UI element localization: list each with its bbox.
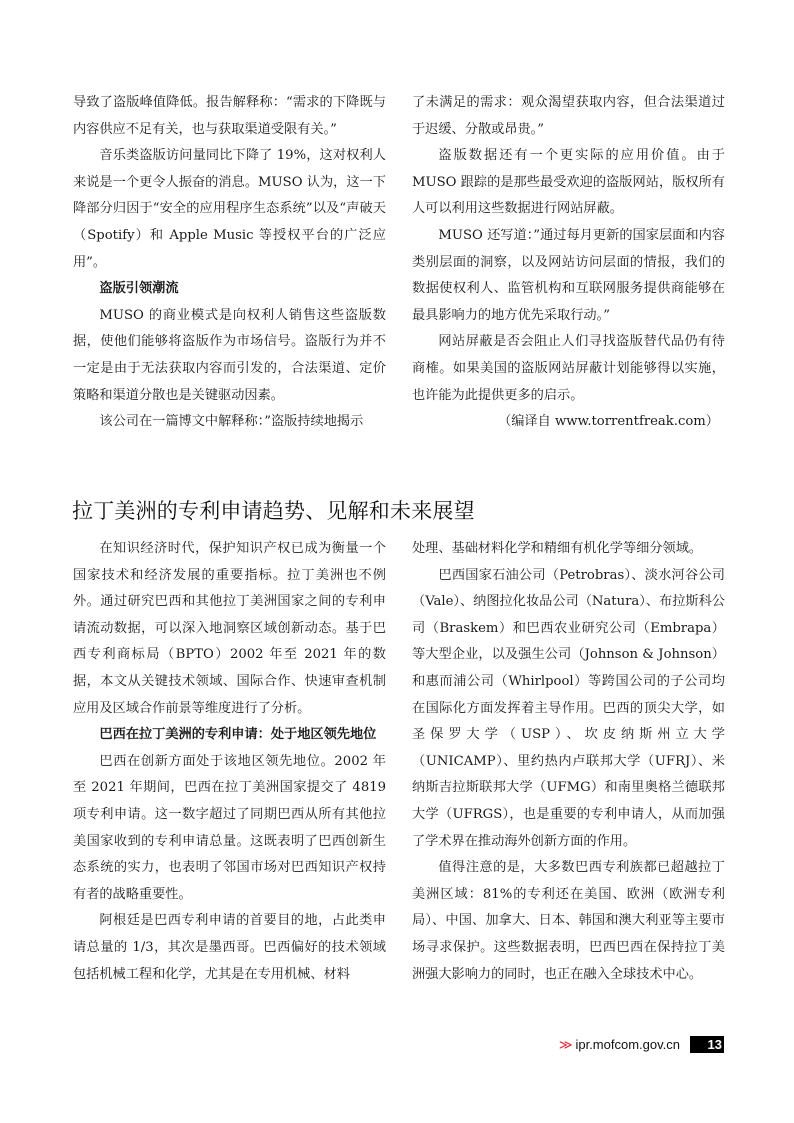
article-title: 拉丁美洲的专利申请趋势、见解和未来展望 bbox=[72, 496, 475, 526]
paragraph: 值得注意的是，大多数巴西专利族都已超越拉丁美洲区域：81%的专利还在美国、欧洲（… bbox=[412, 855, 725, 988]
paragraph: MUSO 还写道：”通过每月更新的国家层面和内容类别层面的洞察，以及网站访问层面… bbox=[412, 223, 725, 329]
paragraph: 在知识经济时代，保护知识产权已成为衡量一个国家技术和经济发展的重要指标。拉丁美洲… bbox=[73, 536, 386, 722]
paragraph: MUSO 的商业模式是向权利人销售这些盗版数据，使他们能够将盗版作为市场信号。盗… bbox=[73, 303, 386, 409]
paragraph: 了未满足的需求：观众渴望获取内容，但合法渠道过于迟缓、分散或昂贵。” bbox=[412, 90, 725, 143]
paragraph: 巴西在创新方面处于该地区领先地位。2002 年至 2021 年期间，巴西在拉丁美… bbox=[73, 749, 386, 909]
article-right-column: 处理、基础材料化学和精细有机化学等细分领域。 巴西国家石油公司（Petrobra… bbox=[412, 536, 725, 988]
previous-article-right-column: 了未满足的需求：观众渴望获取内容，但合法渠道过于迟缓、分散或昂贵。” 盗版数据还… bbox=[412, 90, 725, 436]
article-left-column: 在知识经济时代，保护知识产权已成为衡量一个国家技术和经济发展的重要指标。拉丁美洲… bbox=[73, 536, 386, 988]
website-link[interactable]: ipr.mofcom.gov.cn bbox=[575, 1037, 680, 1052]
paragraph: 导致了盗版峰值降低。报告解释称：“需求的下降既与内容供应不足有关，也与获取渠道受… bbox=[73, 90, 386, 143]
paragraph: 巴西国家石油公司（Petrobras）、淡水河谷公司（Vale）、纳图拉化妆品公… bbox=[412, 563, 725, 856]
paragraph: 音乐类盗版访问量同比下降了 19%，这对权利人来说是一个更令人振奋的消息。MUS… bbox=[73, 143, 386, 276]
page-footer: ≫ ipr.mofcom.gov.cn 13 bbox=[559, 1035, 724, 1054]
section-heading: 巴西在拉丁美洲的专利申请：处于地区领先地位 bbox=[73, 722, 386, 749]
paragraph: 处理、基础材料化学和精细有机化学等细分领域。 bbox=[412, 536, 725, 563]
paragraph: 阿根廷是巴西专利申请的首要目的地，占此类申请总量的 1/3，其次是墨西哥。巴西偏… bbox=[73, 908, 386, 988]
page-number: 13 bbox=[690, 1036, 724, 1053]
double-chevron-right-icon: ≫ bbox=[559, 1037, 572, 1053]
paragraph: 盗版数据还有一个更实际的应用价值。由于 MUSO 跟踪的是那些最受欢迎的盗版网站… bbox=[412, 143, 725, 223]
section-heading: 盗版引领潮流 bbox=[73, 276, 386, 303]
paragraph: 网站屏蔽是否会阻止人们寻找盗版替代品仍有待商榷。如果美国的盗版网站屏蔽计划能够得… bbox=[412, 329, 725, 409]
source-attribution: （编译自 www.torrentfreak.com） bbox=[412, 409, 725, 436]
paragraph: 该公司在一篇博文中解释称：”盗版持续地揭示 bbox=[73, 409, 386, 436]
previous-article-left-column: 导致了盗版峰值降低。报告解释称：“需求的下降既与内容供应不足有关，也与获取渠道受… bbox=[73, 90, 386, 436]
